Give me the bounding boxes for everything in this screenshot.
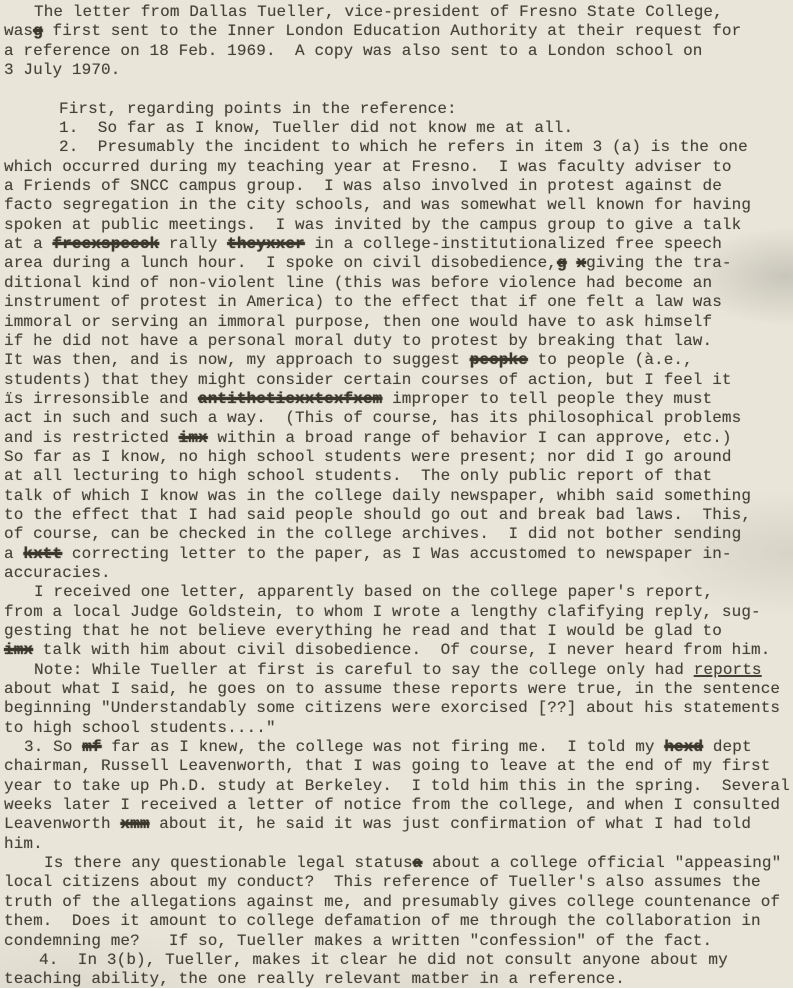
- text-run: gesting that he not believe everything h…: [4, 622, 722, 640]
- text-run: instrument of protest in America) to the…: [4, 293, 722, 311]
- text-run: truth of the allegations against me, and…: [4, 893, 780, 911]
- text-run: dept: [703, 738, 752, 756]
- struck-out-text: antithetiexxtexfxem: [198, 390, 382, 408]
- text-line: weeks later I received a letter of notic…: [4, 796, 791, 815]
- struck-out-text: freexspeeck: [53, 235, 160, 253]
- text-line: talk of which I know was in the college …: [4, 487, 791, 506]
- text-run: a Friends of SNCC campus group. I was al…: [4, 177, 722, 195]
- struck-out-text: mf: [82, 738, 101, 756]
- text-run: beginning "Understandably some citizens …: [4, 699, 780, 717]
- text-line: condemning me? If so, Tueller makes a wr…: [4, 932, 791, 951]
- struck-out-text: kxtt: [23, 545, 62, 563]
- blank-line: [4, 80, 791, 99]
- text-line: 1. So far as I know, Tueller did not kno…: [4, 119, 791, 138]
- text-line: which occurred during my teaching year a…: [4, 158, 791, 177]
- text-run: 4. In 3(b), Tueller, makes it clear he d…: [39, 951, 728, 969]
- text-run: accuracies.: [4, 564, 111, 582]
- text-run: correcting letter to the paper, as I Was…: [62, 545, 731, 563]
- text-line: truth of the allegations against me, and…: [4, 893, 791, 912]
- text-run: So far as I know, no high school student…: [4, 448, 732, 466]
- text-run: if he did not have a personal moral duty…: [4, 332, 712, 350]
- text-run: Is there any questionable legal status: [44, 854, 413, 872]
- text-run: about what I said, he goes on to assume …: [4, 680, 780, 698]
- text-line: year to take up Ph.D. study at Berkeley.…: [4, 777, 791, 796]
- text-run: teaching ability, the one really relevan…: [4, 970, 625, 988]
- text-line: So far as I know, no high school student…: [4, 448, 791, 467]
- text-run: [567, 254, 577, 272]
- text-run: about a college official "appeasing": [422, 854, 781, 872]
- text-run: a: [4, 545, 23, 563]
- text-line: teaching ability, the one really relevan…: [4, 970, 791, 988]
- text-run: local citizens about my conduct? This re…: [4, 873, 761, 891]
- text-run: chairman, Russell Leavenworth, that I wa…: [4, 757, 770, 775]
- struck-out-text: x: [576, 254, 586, 272]
- text-line: imx talk with him about civil disobedien…: [4, 641, 791, 660]
- text-line: ditional kind of non-violent line (this …: [4, 274, 791, 293]
- text-line: of course, can be checked in the college…: [4, 525, 791, 544]
- struck-out-text: imx: [179, 429, 208, 447]
- text-line: 3. So mf far as I knew, the college was …: [4, 738, 791, 757]
- text-run: 3. So: [24, 738, 82, 756]
- text-run: them. Does it amount to college defamati…: [4, 912, 761, 930]
- text-run: 3 July 1970.: [4, 61, 120, 79]
- text-line: at all lecturing to high school students…: [4, 467, 791, 486]
- text-line: him.: [4, 835, 791, 854]
- text-line: First, regarding points in the reference…: [4, 100, 791, 119]
- text-run: to high school students....": [4, 719, 276, 737]
- text-line: 4. In 3(b), Tueller, makes it clear he d…: [4, 951, 791, 970]
- document-page: The letter from Dallas Tueller, vice-pre…: [0, 0, 793, 988]
- text-run: Note: While Tueller at first is careful …: [34, 661, 694, 679]
- text-line: immoral or serving an immoral purpose, t…: [4, 313, 791, 332]
- text-run: about it, he said it was just confirmati…: [150, 815, 752, 833]
- text-run: talk with him about civil disobedience. …: [33, 641, 770, 659]
- text-line: gesting that he not believe everything h…: [4, 622, 791, 641]
- text-run: year to take up Ph.D. study at Berkeley.…: [4, 777, 790, 795]
- text-run: in a college-institutionalized free spee…: [305, 235, 722, 253]
- text-run: 2. Presumably the incident to which he r…: [59, 138, 748, 156]
- text-line: The letter from Dallas Tueller, vice-pre…: [4, 3, 791, 22]
- struck-out-text: peopke: [470, 351, 528, 369]
- text-line: area during a lunch hour. I spoke on civ…: [4, 254, 791, 273]
- text-line: facto segregation in the city schools, a…: [4, 196, 791, 215]
- text-line: from a local Judge Goldstein, to whom I …: [4, 603, 791, 622]
- text-run: act in such and such a way. (This of cou…: [4, 409, 741, 427]
- text-run: First, regarding points in the reference…: [59, 100, 457, 118]
- text-run: to people (à.e.,: [528, 351, 693, 369]
- text-run: of course, can be checked in the college…: [4, 525, 741, 543]
- text-run: immoral or serving an immoral purpose, t…: [4, 313, 712, 331]
- text-line: ïs irresonsible and antithetiexxtexfxem …: [4, 390, 791, 409]
- text-line: wasg first sent to the Inner London Educ…: [4, 22, 791, 41]
- text-run: talk of which I know was in the college …: [4, 487, 751, 505]
- text-line: chairman, Russell Leavenworth, that I wa…: [4, 757, 791, 776]
- text-line: at a freexspeeck rally theyxxer in a col…: [4, 235, 791, 254]
- text-line: accuracies.: [4, 564, 791, 583]
- text-run: condemning me? If so, Tueller makes a wr…: [4, 932, 712, 950]
- struck-out-text: g: [557, 254, 567, 272]
- text-run: facto segregation in the city schools, a…: [4, 196, 751, 214]
- text-line: I received one letter, apparently based …: [4, 583, 791, 602]
- text-run: far as I knew, the college was not firin…: [102, 738, 665, 756]
- text-line: students) that they might consider certa…: [4, 371, 791, 390]
- struck-out-text: a: [413, 854, 423, 872]
- text-run: and is restricted: [4, 429, 179, 447]
- text-run: students) that they might consider certa…: [4, 371, 732, 389]
- text-line: and is restricted imx within a broad ran…: [4, 429, 791, 448]
- text-line: if he did not have a personal moral duty…: [4, 332, 791, 351]
- text-line: spoken at public meetings. I was invited…: [4, 216, 791, 235]
- text-run: from a local Judge Goldstein, to whom I …: [4, 603, 761, 621]
- struck-out-text: theyxxer: [227, 235, 305, 253]
- text-run: 1. So far as I know, Tueller did not kno…: [59, 119, 573, 137]
- struck-out-text: xmm: [120, 815, 149, 833]
- text-line: act in such and such a way. (This of cou…: [4, 409, 791, 428]
- text-run: ïs irresonsible and: [4, 390, 198, 408]
- text-run: improper to tell people they must: [382, 390, 712, 408]
- text-line: a reference on 18 Feb. 1969. A copy was …: [4, 42, 791, 61]
- text-line: instrument of protest in America) to the…: [4, 293, 791, 312]
- text-run: him.: [4, 835, 43, 853]
- struck-out-text: imx: [4, 641, 33, 659]
- text-line: a kxtt correcting letter to the paper, a…: [4, 545, 791, 564]
- text-run: spoken at public meetings. I was invited…: [4, 216, 741, 234]
- text-run: a reference on 18 Feb. 1969. A copy was …: [4, 42, 703, 60]
- text-run: giving the tra-: [586, 254, 732, 272]
- text-run: at a: [4, 235, 53, 253]
- text-line: Note: While Tueller at first is careful …: [4, 661, 791, 680]
- text-line: about what I said, he goes on to assume …: [4, 680, 791, 699]
- text-run: Leavenworth: [4, 815, 120, 833]
- text-run: at all lecturing to high school students…: [4, 467, 712, 485]
- struck-out-text: g: [33, 22, 43, 40]
- text-line: It was then, and is now, my approach to …: [4, 351, 791, 370]
- text-run: to the effect that I had said people sho…: [4, 506, 751, 524]
- text-line: to the effect that I had said people sho…: [4, 506, 791, 525]
- text-line: a Friends of SNCC campus group. I was al…: [4, 177, 791, 196]
- text-run: I received one letter, apparently based …: [34, 583, 713, 601]
- text-run: It was then, and is now, my approach to …: [4, 351, 470, 369]
- text-run: first sent to the Inner London Education…: [43, 22, 742, 40]
- text-line: local citizens about my conduct? This re…: [4, 873, 791, 892]
- text-line: beginning "Understandably some citizens …: [4, 699, 791, 718]
- text-run: The letter from Dallas Tueller, vice-pre…: [34, 3, 723, 21]
- text-run: within a broad range of behavior I can a…: [208, 429, 732, 447]
- text-line: Leavenworth xmm about it, he said it was…: [4, 815, 791, 834]
- text-line: 2. Presumably the incident to which he r…: [4, 138, 791, 157]
- text-run: area during a lunch hour. I spoke on civ…: [4, 254, 557, 272]
- text-line: to high school students....": [4, 719, 791, 738]
- text-run: ditional kind of non-violent line (this …: [4, 274, 712, 292]
- text-run: was: [4, 22, 33, 40]
- text-line: 3 July 1970.: [4, 61, 791, 80]
- text-run: weeks later I received a letter of notic…: [4, 796, 780, 814]
- text-run: rally: [159, 235, 227, 253]
- struck-out-text: hexd: [664, 738, 703, 756]
- underlined-text: reports: [694, 661, 762, 679]
- text-line: them. Does it amount to college defamati…: [4, 912, 791, 931]
- text-line: Is there any questionable legal statusa …: [4, 854, 791, 873]
- text-run: which occurred during my teaching year a…: [4, 158, 732, 176]
